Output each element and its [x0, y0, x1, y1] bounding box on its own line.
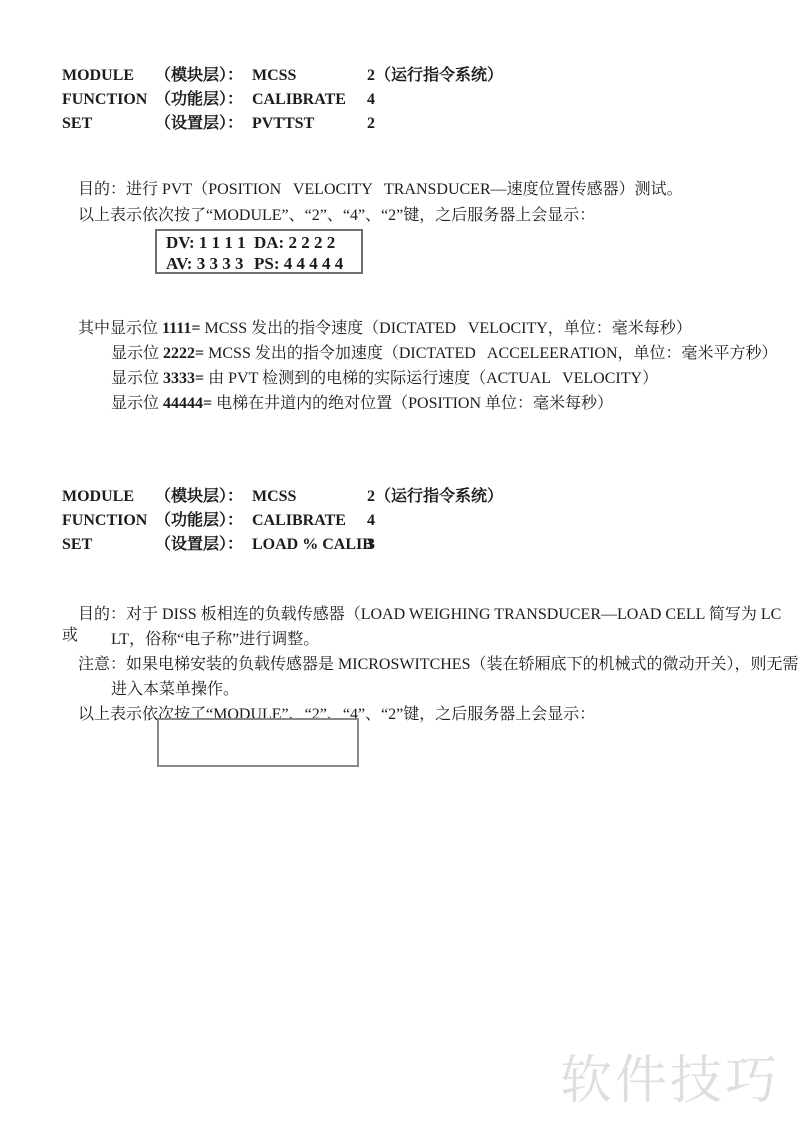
display-row: DV: 1 1 1 1 DA: 2 2 2 2 — [166, 232, 361, 253]
display-dv-value: DV: 1 1 1 1 — [166, 232, 254, 253]
menu-key-number: 2（运行指令系统） — [367, 64, 503, 88]
menu-value: MCSS — [252, 485, 296, 509]
menu-value: MCSS — [252, 64, 296, 88]
menu-layer-label: （设置层）： — [155, 533, 243, 557]
menu-key-number: 4 — [367, 509, 375, 533]
menu-key-number: 3 — [367, 533, 375, 557]
note-code: 44444= — [163, 395, 212, 412]
empty-display-box — [157, 718, 359, 767]
menu-level-label: MODULE — [62, 64, 134, 88]
menu-value: LOAD % CALIB — [252, 533, 373, 557]
display-da-value: DA: 2 2 2 2 — [254, 232, 335, 253]
menu-level-label: SET — [62, 112, 92, 136]
menu-value: PVTTST — [252, 112, 314, 136]
menu-layer-label: （模块层）： — [155, 64, 243, 88]
note-prefix: 显示位 — [111, 395, 163, 412]
display-av-value: AV: 3 3 3 3 — [166, 253, 254, 274]
menu-row-module: MODULE （模块层）： MCSS 2（运行指令系统） — [62, 485, 622, 509]
menu-layer-label: （设置层）： — [155, 112, 243, 136]
menu-table-1: MODULE （模块层）： MCSS 2（运行指令系统） FUNCTION （功… — [62, 64, 622, 136]
menu-level-label: FUNCTION — [62, 509, 147, 533]
menu-row-function: FUNCTION （功能层）： CALIBRATE 4 — [62, 88, 622, 112]
menu-level-label: FUNCTION — [62, 88, 147, 112]
menu-key-number: 2（运行指令系统） — [367, 485, 503, 509]
menu-layer-label: （功能层）： — [155, 509, 243, 533]
menu-layer-label: （模块层）： — [155, 485, 243, 509]
menu-row-function: FUNCTION （功能层）： CALIBRATE 4 — [62, 509, 622, 533]
display-ps-value: PS: 4 4 4 4 4 — [254, 253, 343, 274]
menu-value: CALIBRATE — [252, 88, 346, 112]
watermark-text: 软件技巧 — [560, 1038, 780, 1113]
menu-level-label: MODULE — [62, 485, 134, 509]
menu-key-number: 2 — [367, 112, 375, 136]
menu-key-number: 4 — [367, 88, 375, 112]
server-display-box: DV: 1 1 1 1 DA: 2 2 2 2 AV: 3 3 3 3 PS: … — [155, 229, 363, 274]
menu-table-2: MODULE （模块层）： MCSS 2（运行指令系统） FUNCTION （功… — [62, 485, 622, 557]
menu-value: CALIBRATE — [252, 509, 346, 533]
instruction-text: 以上表示依次按了“MODULE”、“2”、“4”、“2”键，之后服务器上会显示： — [78, 207, 595, 224]
document-page: MODULE （模块层）： MCSS 2（运行指令系统） FUNCTION （功… — [0, 0, 800, 1132]
menu-row-set: SET （设置层）： PVTTST 2 — [62, 112, 622, 136]
note-line: 显示位 44444= 电梯在井道内的绝对位置（POSITION 单位：毫米每秒） — [95, 372, 613, 435]
note-text: 电梯在井道内的绝对位置（POSITION 单位：毫米每秒） — [212, 395, 613, 412]
menu-layer-label: （功能层）： — [155, 88, 243, 112]
menu-row-module: MODULE （模块层）： MCSS 2（运行指令系统） — [62, 64, 622, 88]
display-row: AV: 3 3 3 3 PS: 4 4 4 4 4 — [166, 253, 361, 274]
menu-level-label: SET — [62, 533, 92, 557]
menu-row-set: SET （设置层）： LOAD % CALIB 3 — [62, 533, 622, 557]
